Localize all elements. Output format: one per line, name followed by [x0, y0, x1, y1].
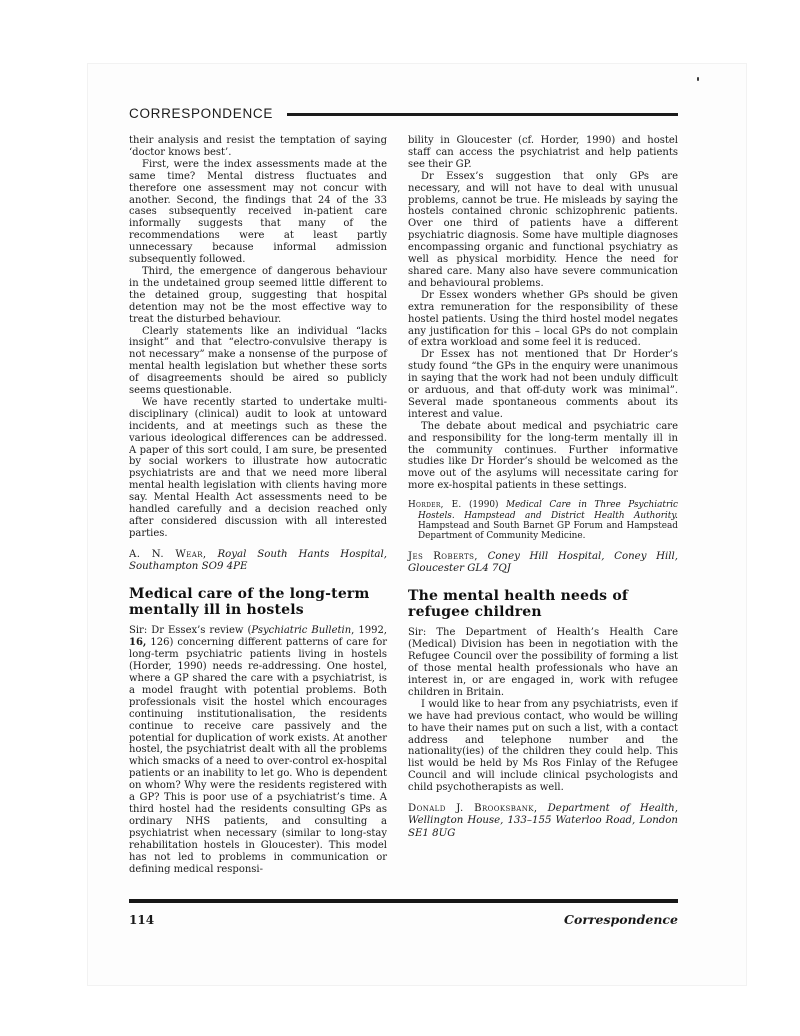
footer-rule: [129, 899, 678, 903]
column-left: their analysis and resist the temptation…: [129, 135, 387, 898]
reference-year: (1990): [461, 500, 505, 510]
header-rule: [287, 113, 678, 116]
paragraph: Dr Essex’s suggestion that only GPs are …: [408, 171, 678, 290]
signature: Jes Roberts, Coney Hill Hospital, Coney …: [408, 551, 678, 576]
paragraph: The debate about medical and psychiatric…: [408, 421, 678, 492]
reference-author: Horder, E.: [408, 500, 461, 510]
letter-heading: Medical care of the long-term mentally i…: [129, 586, 387, 618]
paragraph: Third, the emergence of dangerous behavi…: [129, 266, 387, 326]
paragraph: Dr Essex wonders whether GPs should be g…: [408, 290, 678, 350]
page-number: 114: [129, 913, 154, 927]
paragraph: Clearly statements like an individual “l…: [129, 326, 387, 397]
page-footer: 114 Correspondence: [129, 899, 678, 927]
reference: Horder, E. (1990) Medical Care in Three …: [408, 500, 678, 542]
paragraph: Sir: The Department of Health’s Health C…: [408, 627, 678, 698]
paragraph: I would like to hear from any psychiatri…: [408, 699, 678, 794]
paragraph: Sir: Dr Essex’s review (Psychiatric Bull…: [129, 625, 387, 875]
signature: A. N. Wear, Royal South Hants Hospital, …: [129, 549, 387, 574]
journal-title: Psychiatric Bulletin: [251, 625, 351, 636]
paragraph-text: , 1992,: [351, 625, 387, 636]
paragraph-text: 126) concerning different patterns of ca…: [129, 637, 387, 874]
column-right: bility in Gloucester (cf. Horder, 1990) …: [408, 135, 678, 898]
signature: Donald J. Brooksbank, Department of Heal…: [408, 803, 678, 840]
paragraph: their analysis and resist the temptation…: [129, 135, 387, 159]
signature-name: Donald J. Brooksbank,: [408, 803, 538, 814]
journal-page: CORRESPONDENCE their analysis and resist…: [88, 64, 746, 985]
running-title: Correspondence: [564, 912, 678, 927]
page-header: CORRESPONDENCE: [129, 106, 678, 121]
signature-name: A. N. Wear,: [129, 549, 207, 560]
volume-number: 16,: [129, 637, 146, 648]
paragraph: First, were the index assessments made a…: [129, 159, 387, 266]
section-title: CORRESPONDENCE: [129, 106, 273, 121]
paragraph: Dr Essex has not mentioned that Dr Horde…: [408, 349, 678, 420]
paragraph: We have recently started to undertake mu…: [129, 397, 387, 540]
two-column-text: their analysis and resist the temptation…: [129, 135, 678, 898]
scan-artifact-mark: [697, 77, 699, 81]
signature-name: Jes Roberts,: [408, 551, 478, 562]
reference-publisher: Hampstead and South Barnet GP Forum and …: [418, 521, 678, 541]
paragraph: bility in Gloucester (cf. Horder, 1990) …: [408, 135, 678, 171]
paragraph-text: Sir: Dr Essex’s review (: [129, 625, 251, 636]
letter-heading: The mental health needs of refugee child…: [408, 588, 678, 620]
footer-row: 114 Correspondence: [129, 912, 678, 927]
